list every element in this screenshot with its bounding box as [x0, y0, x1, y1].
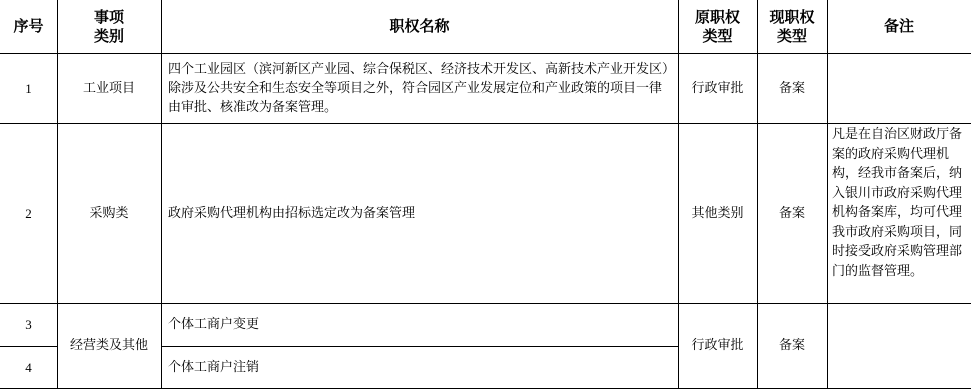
rows-3-4-category: 经营类及其他: [57, 303, 161, 388]
row-1-original-type: 行政审批: [678, 53, 757, 123]
row-2-remarks: 凡是在自治区财政厅备案的政府采购代理机构，经我市备案后，纳入银川市政府采购代理机…: [827, 123, 971, 303]
row-2-current-type: 备案: [757, 123, 827, 303]
grid-line: [757, 0, 758, 389]
row-3-seq: 3: [0, 303, 57, 346]
grid-line: [161, 0, 162, 389]
header-seq: 序号: [0, 0, 57, 53]
row-2-authority-name: 政府采购代理机构由招标选定改为备案管理: [161, 123, 678, 303]
grid-line: [0, 53, 971, 54]
rows-3-4-original-type: 行政审批: [678, 303, 757, 388]
rows-3-4-remarks: [827, 303, 971, 388]
row-1-remarks: [827, 53, 971, 123]
grid-line: [827, 0, 828, 389]
header-category: 事项 类别: [57, 0, 161, 53]
grid-line: [161, 346, 678, 347]
grid-line: [57, 0, 58, 389]
header-current-type: 现职权 类型: [757, 0, 827, 53]
grid-line: [678, 0, 679, 389]
row-2-seq: 2: [0, 123, 57, 303]
row-1-authority-name: 四个工业园区（滨河新区产业园、综合保税区、经济技术开发区、高新技术产业开发区）除…: [161, 53, 678, 123]
authority-change-table: 序号 事项 类别 职权名称 原职权 类型 现职权 类型 备注 1 工业项目 四个…: [0, 0, 971, 389]
header-authority-name: 职权名称: [161, 0, 678, 53]
row-1-category: 工业项目: [57, 53, 161, 123]
row-2-original-type: 其他类别: [678, 123, 757, 303]
grid-line: [0, 303, 971, 304]
row-2-category: 采购类: [57, 123, 161, 303]
grid-line: [0, 346, 57, 347]
header-original-type: 原职权 类型: [678, 0, 757, 53]
row-4-seq: 4: [0, 346, 57, 388]
row-3-authority-name: 个体工商户变更: [161, 303, 678, 346]
grid-line: [0, 123, 971, 124]
rows-3-4-current-type: 备案: [757, 303, 827, 388]
row-4-authority-name: 个体工商户注销: [161, 346, 678, 388]
row-1-current-type: 备案: [757, 53, 827, 123]
row-1-seq: 1: [0, 53, 57, 123]
header-remarks: 备注: [827, 0, 971, 53]
